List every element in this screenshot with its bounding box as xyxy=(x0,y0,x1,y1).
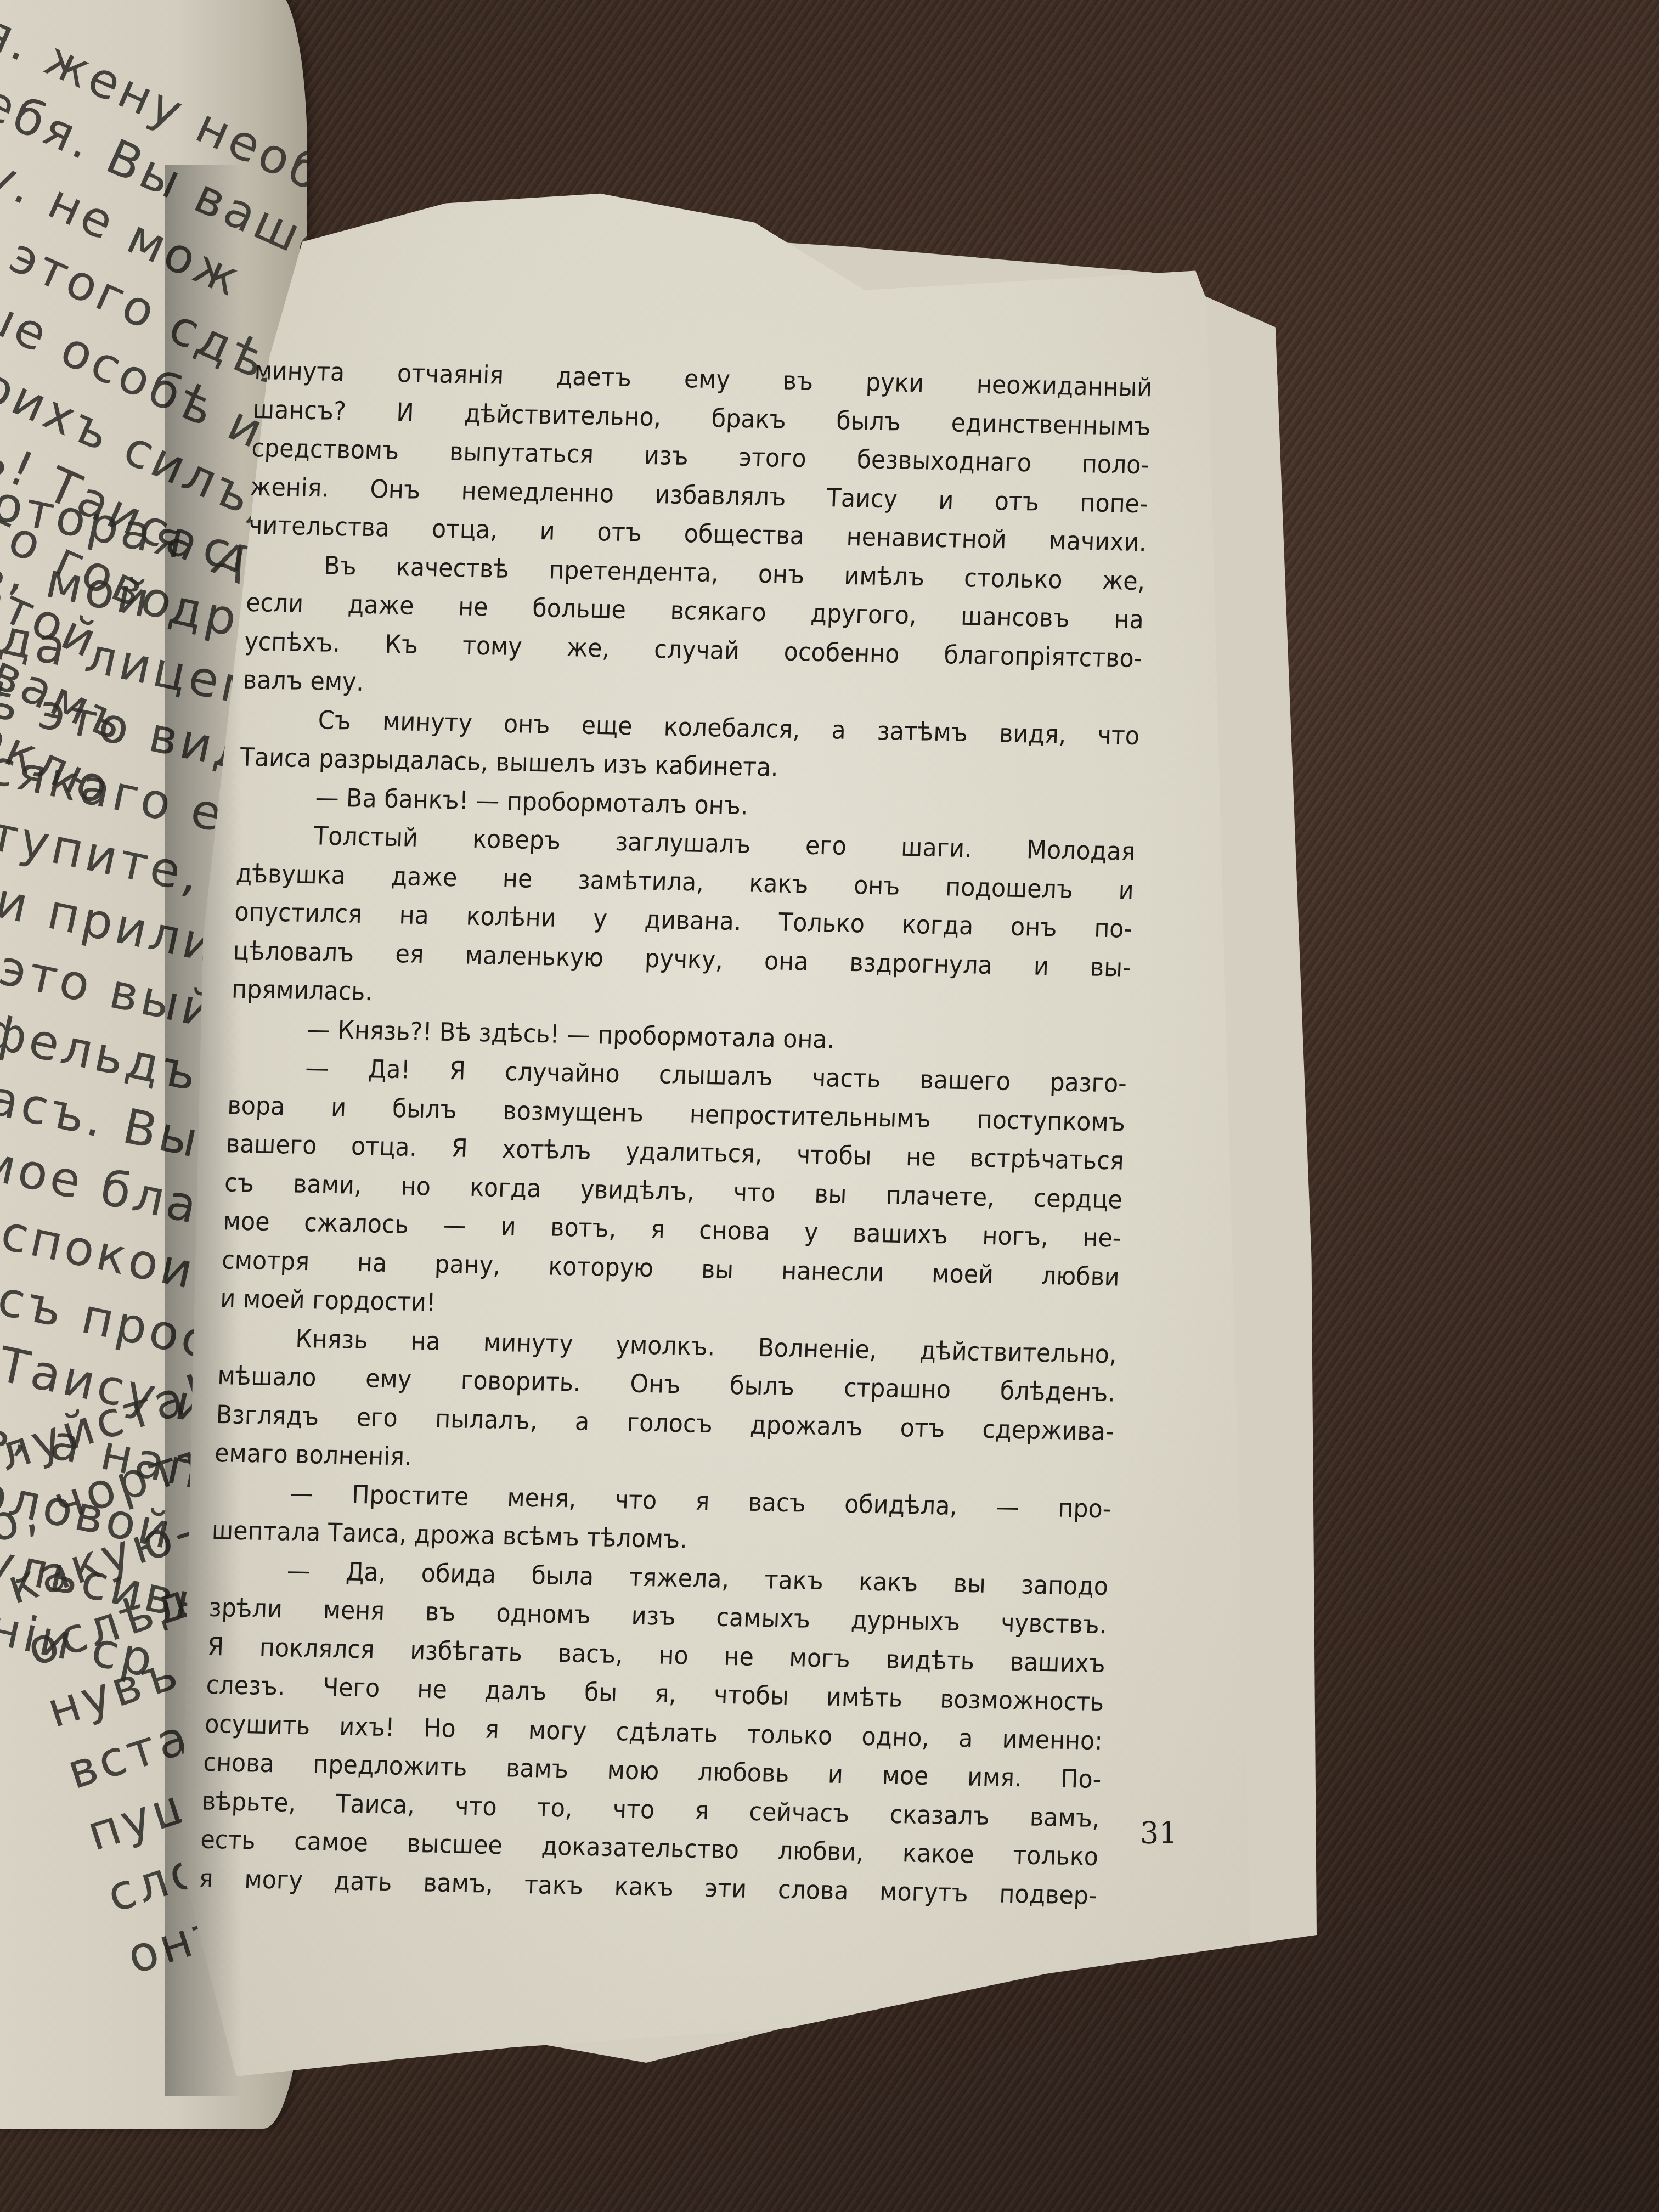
page-number: 31 xyxy=(1140,1816,1178,1850)
right-page-body-text: минута отчаянія даетъ ему въ руки неожид… xyxy=(199,351,1155,1915)
